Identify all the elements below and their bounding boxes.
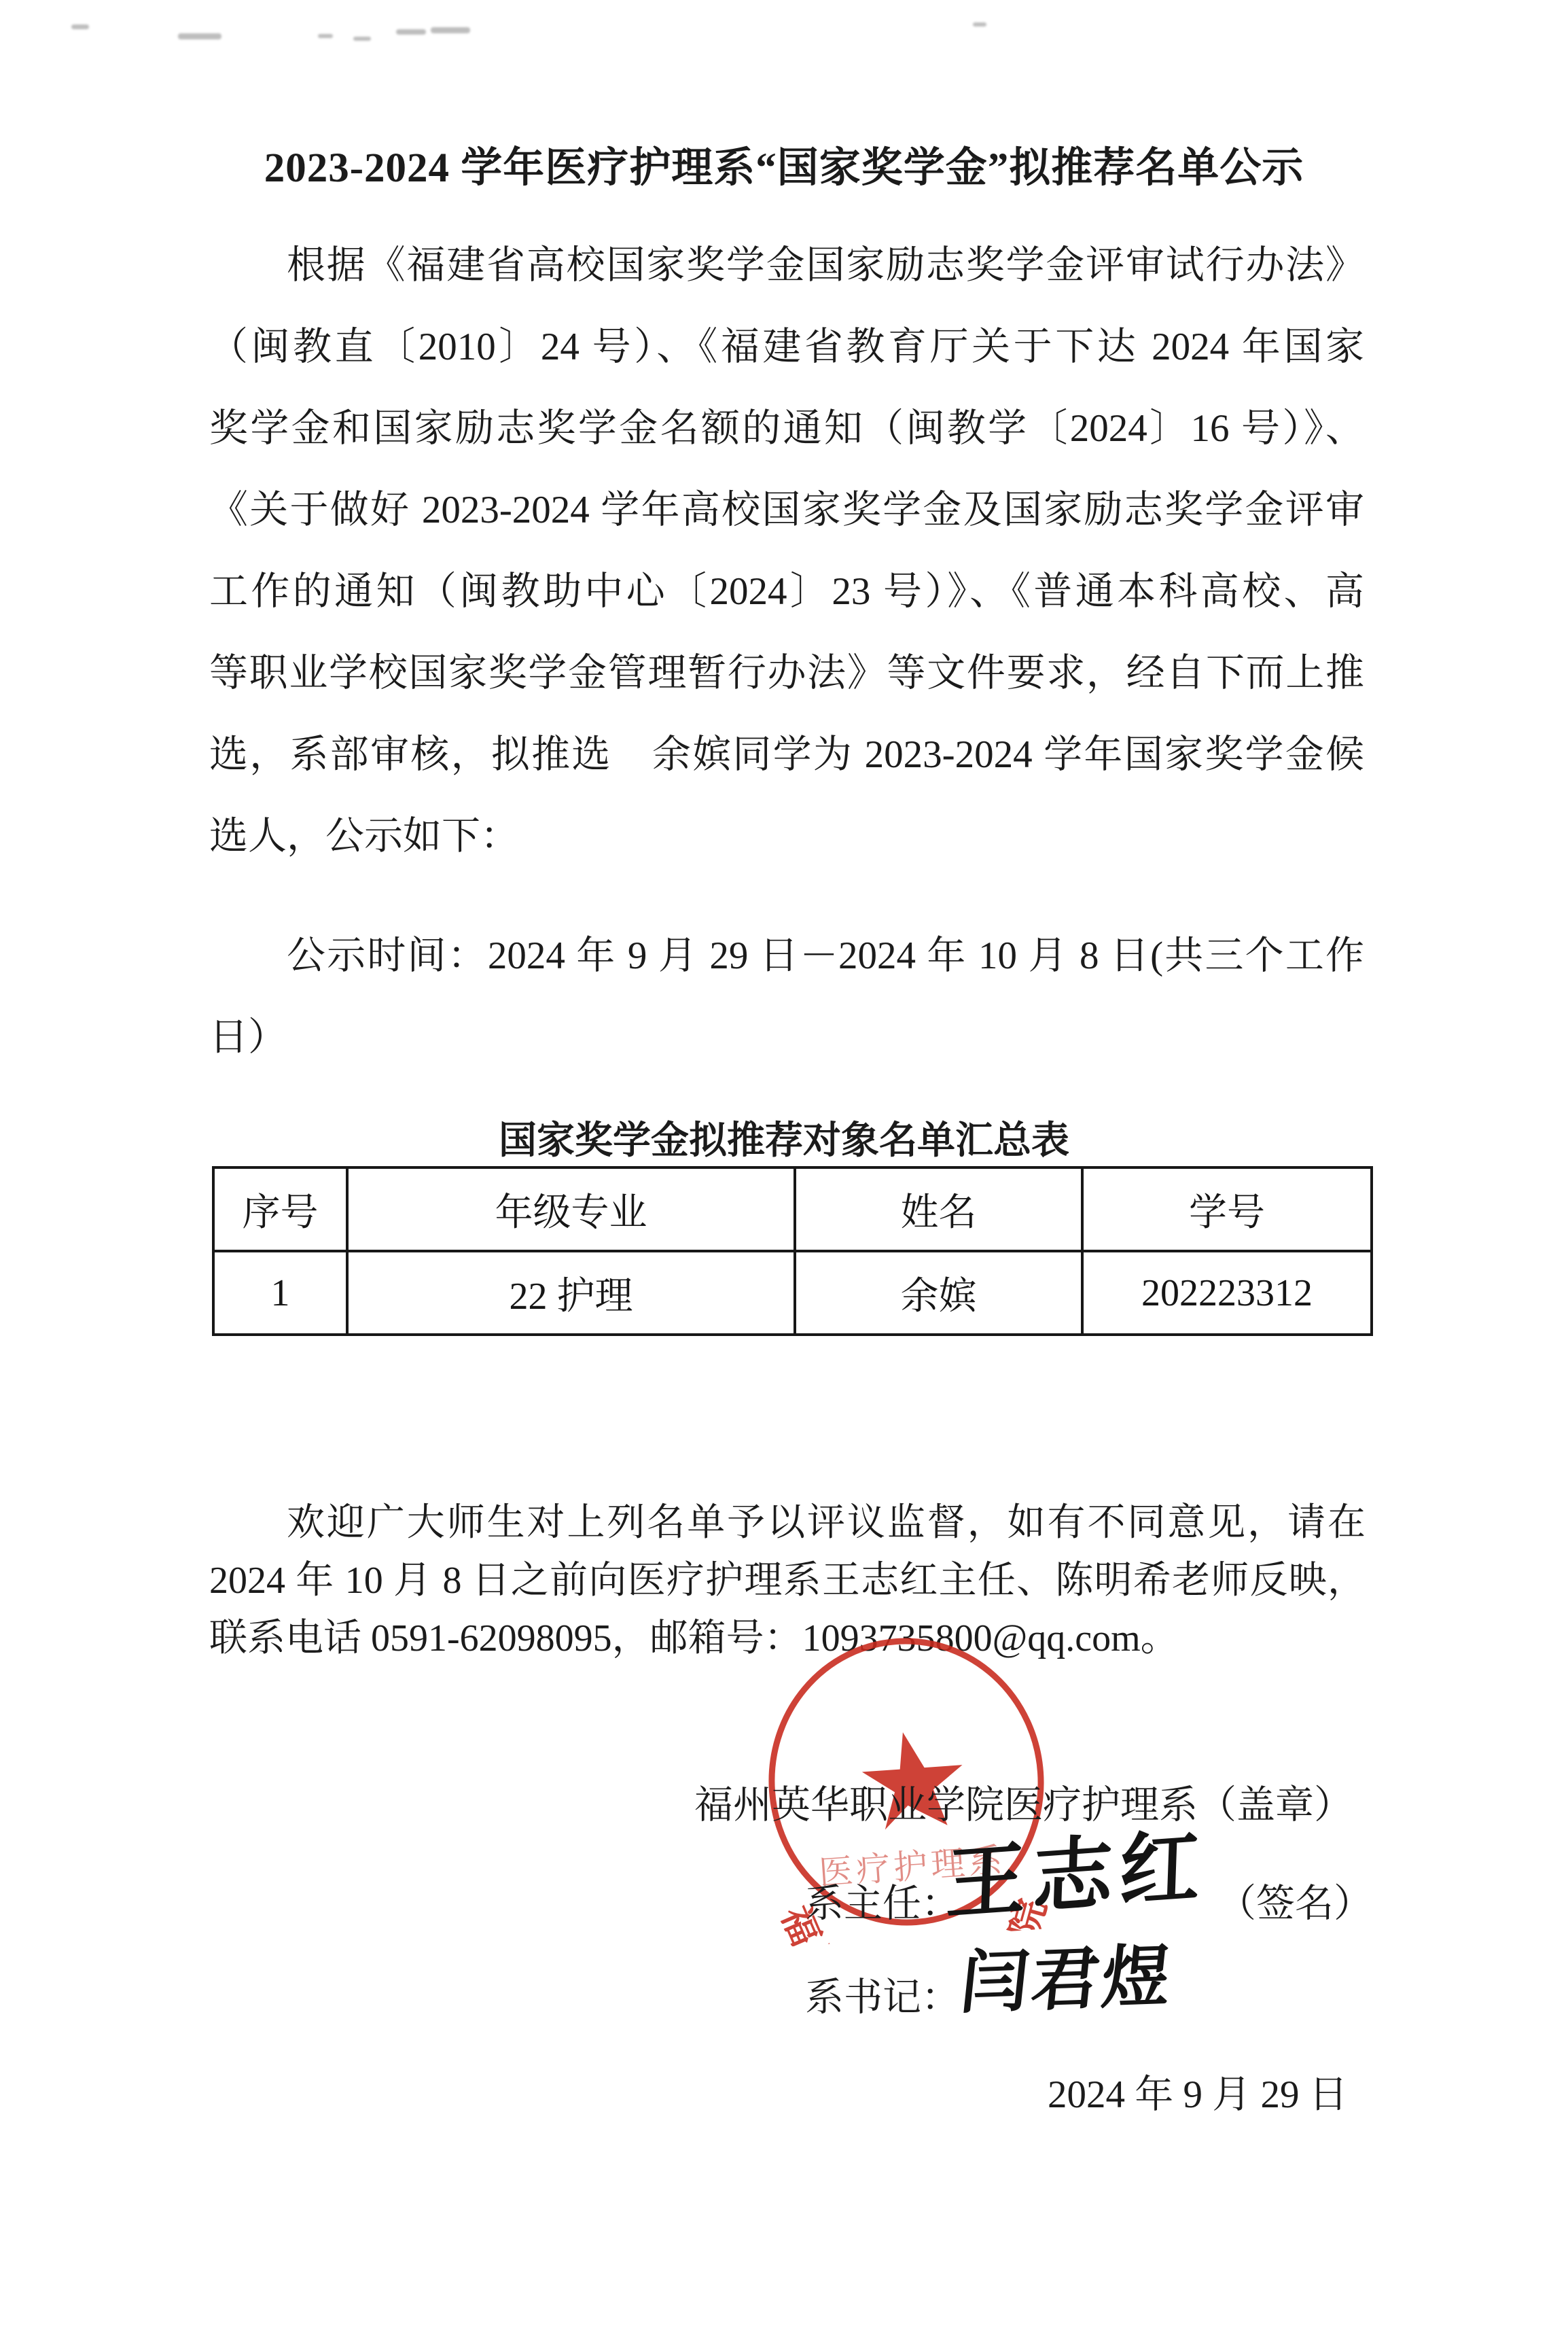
header-cell-name: 姓名 <box>795 1167 1082 1251</box>
scan-artifact <box>353 37 371 41</box>
director-label: 系主任： <box>805 1872 960 1928</box>
director-signature: 王志红 <box>944 1801 1209 1935</box>
scan-artifact <box>396 29 426 35</box>
body-line: 选人，公示如下： <box>209 810 1364 863</box>
header-cell-id: 学号 <box>1082 1167 1372 1251</box>
scan-artifact <box>318 34 333 38</box>
signoff-date: 2024 年 9 月 29 日 <box>1048 2063 1348 2119</box>
cell-id: 202223312 <box>1082 1251 1372 1335</box>
body-line: （闽教直〔2010〕24 号）、《福建省教育厅关于下达 2024 年国家 <box>209 321 1364 374</box>
cell-name: 余嫔 <box>795 1251 1082 1335</box>
secretary-signature: 闫君煜 <box>957 1920 1179 2026</box>
recommendation-table: 序号 年级专业 姓名 学号 1 22 护理 余嫔 202223312 <box>212 1166 1373 1336</box>
document-title: 2023-2024 学年医疗护理系“国家奖学金”拟推荐名单公示 <box>0 135 1568 194</box>
scan-artifact <box>431 27 470 33</box>
body-line: 等职业学校国家奖学金管理暂行办法》等文件要求，经自下而上推 <box>209 647 1364 700</box>
body-line: 工作的通知（闽教助中心〔2024〕23 号）》、《普通本科高校、高 <box>209 565 1364 618</box>
body-line: 选，系部审核，拟推选 余嫔同学为 2023-2024 学年国家奖学金候 <box>209 728 1364 781</box>
scan-artifact <box>973 22 986 27</box>
secretary-label: 系书记： <box>805 1966 960 2022</box>
scan-artifact <box>71 24 89 29</box>
feedback-line: 2024 年 10 月 8 日之前向医疗护理系王志红主任、陈明希老师反映， <box>209 1557 1366 1604</box>
body-line: 《关于做好 2023-2024 学年高校国家奖学金及国家励志奖学金评审 <box>209 484 1364 537</box>
cell-major: 22 护理 <box>347 1251 795 1335</box>
cell-no: 1 <box>213 1251 347 1335</box>
publicity-period-line: 公示时间：2024 年 9 月 29 日－2024 年 10 月 8 日(共三个… <box>209 930 1364 983</box>
header-cell-no: 序号 <box>213 1167 347 1251</box>
header-cell-major: 年级专业 <box>347 1167 795 1251</box>
table-caption: 国家奖学金拟推荐对象名单汇总表 <box>0 1110 1568 1165</box>
table-row: 1 22 护理 余嫔 202223312 <box>213 1251 1372 1335</box>
document-page: 2023-2024 学年医疗护理系“国家奖学金”拟推荐名单公示 根据《福建省高校… <box>0 0 1568 2337</box>
feedback-line: 欢迎广大师生对上列名单予以评议监督，如有不同意见，请在 <box>209 1499 1366 1547</box>
publicity-period-line: 日） <box>209 1011 1364 1064</box>
scan-artifact <box>178 33 221 39</box>
body-line: 根据《福建省高校国家奖学金国家励志奖学金评审试行办法》 <box>209 239 1364 292</box>
body-line: 奖学金和国家励志奖学金名额的通知（闽教学〔2024〕16 号）》、 <box>209 402 1364 455</box>
table-header-row: 序号 年级专业 姓名 学号 <box>213 1167 1372 1251</box>
signature-hint: （签名） <box>1217 1872 1372 1928</box>
